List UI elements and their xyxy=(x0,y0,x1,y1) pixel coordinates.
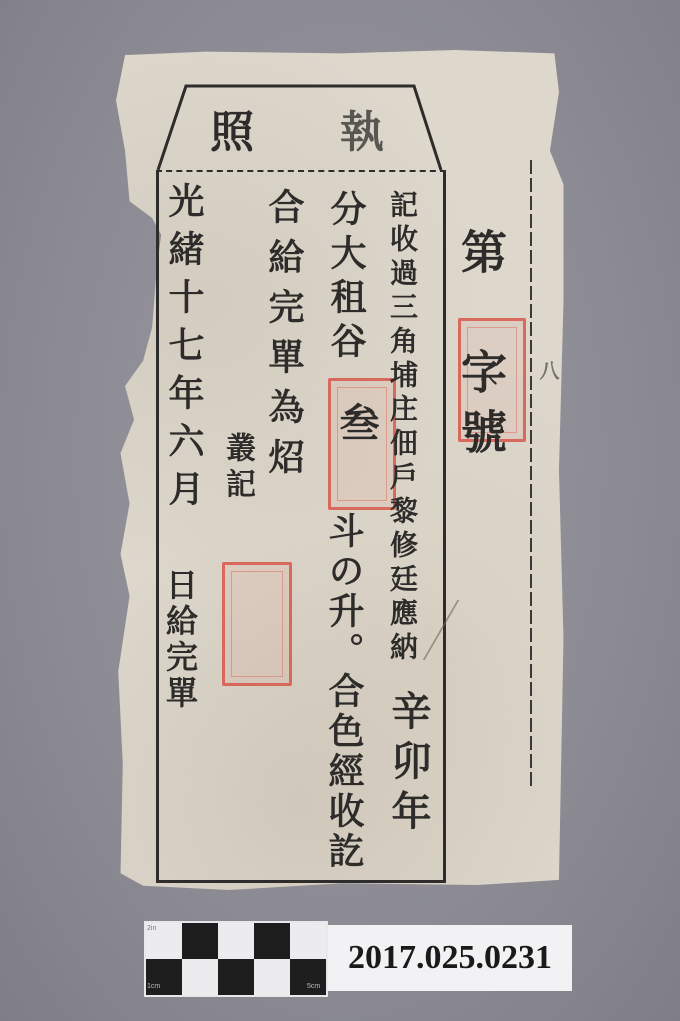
document-title: 照 執 xyxy=(210,98,390,158)
grain-type-column: 分大租谷 xyxy=(328,190,364,370)
title-char-right: 執 xyxy=(340,96,390,160)
signature-column: 日給完單 xyxy=(164,568,196,728)
scale-right-label: 5cm xyxy=(307,983,320,990)
color-scale-bar xyxy=(144,921,328,997)
date-column: 光緒十七年六月 xyxy=(166,182,202,522)
scale-left-label: 1cm xyxy=(147,983,160,990)
confirmation-column: 合給完單為炤 xyxy=(266,188,302,518)
serial-seal-char: ヘ xyxy=(478,370,496,391)
receipt-text-column: 記收過三角埔庄佃戶黎修廷應納 xyxy=(388,190,416,670)
accession-number-label: 2017.025.0231 xyxy=(328,925,572,991)
grain-amount-column: 斗の升。合色經收訖 xyxy=(326,512,362,872)
title-char-left: 照 xyxy=(210,96,260,160)
stub-divider xyxy=(530,160,532,790)
date-seal xyxy=(222,562,292,686)
serial-number-column: 第 字號 xyxy=(458,228,504,608)
grain-amount: 叁 xyxy=(336,402,376,450)
scale-top-label: 2in xyxy=(147,925,156,932)
collector-mark: 叢記 xyxy=(222,432,252,504)
stub-side-mark: 八 xyxy=(538,360,558,383)
receipt-year-column: 辛卯年 xyxy=(388,690,428,870)
